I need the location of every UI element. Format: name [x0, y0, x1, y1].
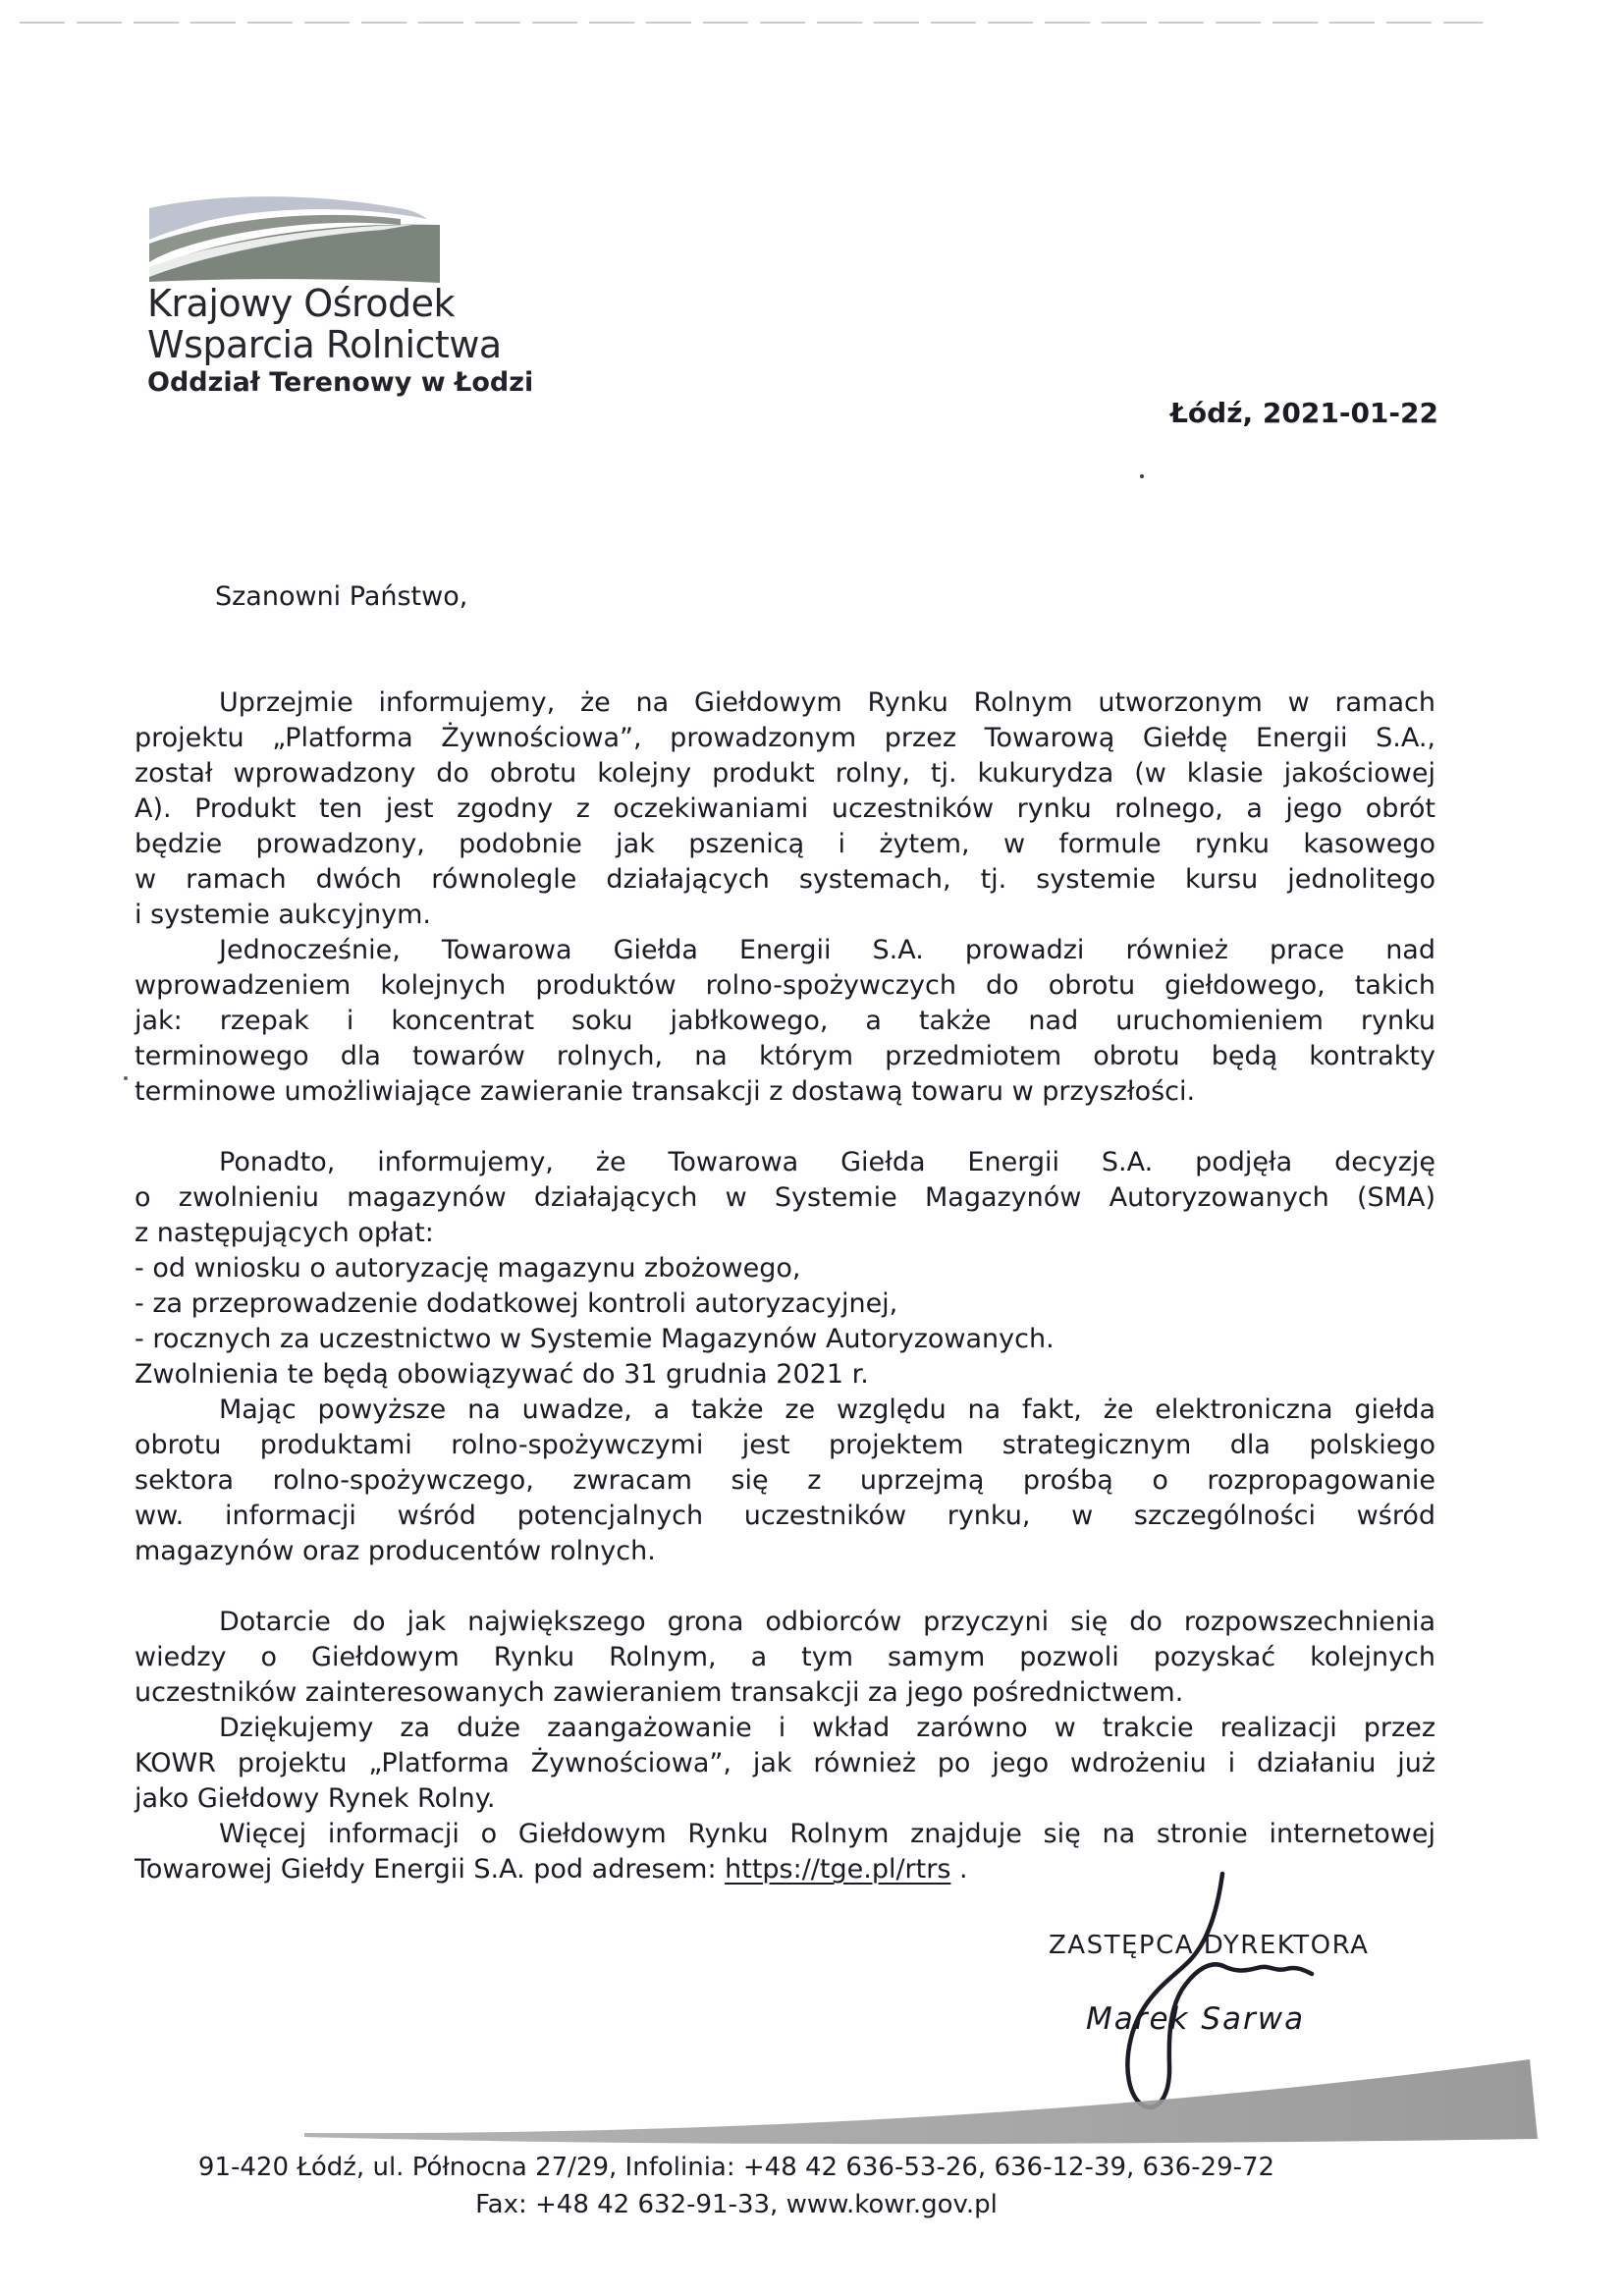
letter-body: Uprzejmie informujemy, że na Giełdowym R… [135, 685, 1435, 1887]
scan-artifact-dot [124, 1076, 128, 1080]
salutation: Szanowni Państwo, [215, 581, 467, 612]
paragraph: - rocznych za uczestnictwo w Systemie Ma… [135, 1322, 1435, 1357]
text-line: wiedzy o Giełdowym Rynku Rolnym, a tym s… [135, 1640, 1435, 1675]
paragraph: - od wniosku o autoryzację magazynu zboż… [135, 1251, 1435, 1286]
page-footer: 91-420 Łódź, ul. Północna 27/29, Infolin… [128, 2149, 1345, 2223]
text-line: wprowadzeniem kolejnych produktów rolno-… [135, 968, 1435, 1004]
text-line: został wprowadzony do obrotu kolejny pro… [135, 756, 1435, 792]
text-line: będzie prowadzony, podobnie jak pszenicą… [135, 827, 1435, 862]
closing-pre-link-text: Towarowej Giełdy Energii S.A. pod adrese… [135, 1854, 725, 1885]
text-line: KOWR projektu „Platforma Żywnościowa”, j… [135, 1746, 1435, 1781]
text-line: z następujących opłat: [135, 1216, 1435, 1251]
kowr-logo-swoosh-icon [147, 183, 442, 286]
org-name-line1: Krajowy Ośrodek [147, 283, 455, 324]
paragraph: Zwolnienia te będą obowiązywać do 31 gru… [135, 1357, 1435, 1393]
text-line: A). Produkt ten jest zgodny z oczekiwani… [135, 792, 1435, 827]
text-line: i systemie aukcyjnym. [135, 898, 1435, 933]
dateline: Łódź, 2021-01-22 [1021, 397, 1438, 429]
list-item-line: - od wniosku o autoryzację magazynu zboż… [135, 1251, 1435, 1286]
tge-url-link[interactable]: https://tge.pl/rtrs [725, 1854, 950, 1885]
text-line: Dziękujemy za duże zaangażowanie i wkład… [135, 1711, 1435, 1746]
closing-suffix-text: . [950, 1854, 967, 1885]
paragraph: Uprzejmie informujemy, że na Giełdowym R… [135, 685, 1435, 933]
paragraph: Dziękujemy za duże zaangażowanie i wkład… [135, 1711, 1435, 1817]
footer-line-2: Fax: +48 42 632-91-33, www.kowr.gov.pl [128, 2186, 1345, 2223]
text-line: Ponadto, informujemy, że Towarowa Giełda… [135, 1145, 1435, 1180]
text-line: Zwolnienia te będą obowiązywać do 31 gru… [135, 1357, 1435, 1393]
text-line: Więcej informacji o Giełdowym Rynku Roln… [135, 1817, 1435, 1852]
text-line: w ramach dwóch równolegle działających s… [135, 862, 1435, 898]
list-item-line: - rocznych za uczestnictwo w Systemie Ma… [135, 1322, 1435, 1357]
text-line: terminowe umożliwiające zawieranie trans… [135, 1074, 1435, 1110]
text-line: jako Giełdowy Rynek Rolny. [135, 1781, 1435, 1817]
list-item-line: - za przeprowadzenie dodatkowej kontroli… [135, 1286, 1435, 1322]
text-line: projektu „Platforma Żywnościowa”, prowad… [135, 721, 1435, 756]
footer-line-1: 91-420 Łódź, ul. Północna 27/29, Infolin… [128, 2149, 1345, 2186]
text-line: o zwolnieniu magazynów działających w Sy… [135, 1180, 1435, 1216]
text-line: terminowego dla towarów rolnych, na któr… [135, 1039, 1435, 1074]
paragraph: - za przeprowadzenie dodatkowej kontroli… [135, 1286, 1435, 1322]
text-line: Uprzejmie informujemy, że na Giełdowym R… [135, 685, 1435, 721]
text-line: jak: rzepak i koncentrat soku jabłkowego… [135, 1004, 1435, 1039]
scan-artifact-dot [1140, 474, 1144, 478]
text-line: Mając powyższe na uwadze, a także ze wzg… [135, 1393, 1435, 1428]
text-line: obrotu produktami rolno-spożywczymi jest… [135, 1428, 1435, 1463]
scan-artifact-band [295, 2050, 1542, 2149]
scan-artifact-line [20, 22, 1483, 24]
org-name-line2: Wsparcia Rolnictwa [147, 324, 502, 365]
text-line: uczestników zainteresowanych zawieraniem… [135, 1675, 1435, 1711]
org-branch: Oddział Terenowy w Łodzi [147, 367, 533, 398]
paragraph: Ponadto, informujemy, że Towarowa Giełda… [135, 1145, 1435, 1251]
text-line: Jednocześnie, Towarowa Giełda Energii S.… [135, 933, 1435, 968]
paragraph: Dotarcie do jak największego grona odbio… [135, 1605, 1435, 1711]
text-line: sektora rolno-spożywczego, zwracam się z… [135, 1463, 1435, 1499]
text-line: ww. informacji wśród potencjalnych uczes… [135, 1499, 1435, 1534]
text-line: magazynów oraz producentów rolnych. [135, 1534, 1435, 1569]
paragraph: Mając powyższe na uwadze, a także ze wzg… [135, 1393, 1435, 1569]
scanned-letter-page: Krajowy Ośrodek Wsparcia Rolnictwa Oddzi… [0, 0, 1624, 2296]
text-line: Dotarcie do jak największego grona odbio… [135, 1605, 1435, 1640]
paragraph: Jednocześnie, Towarowa Giełda Energii S.… [135, 933, 1435, 1110]
